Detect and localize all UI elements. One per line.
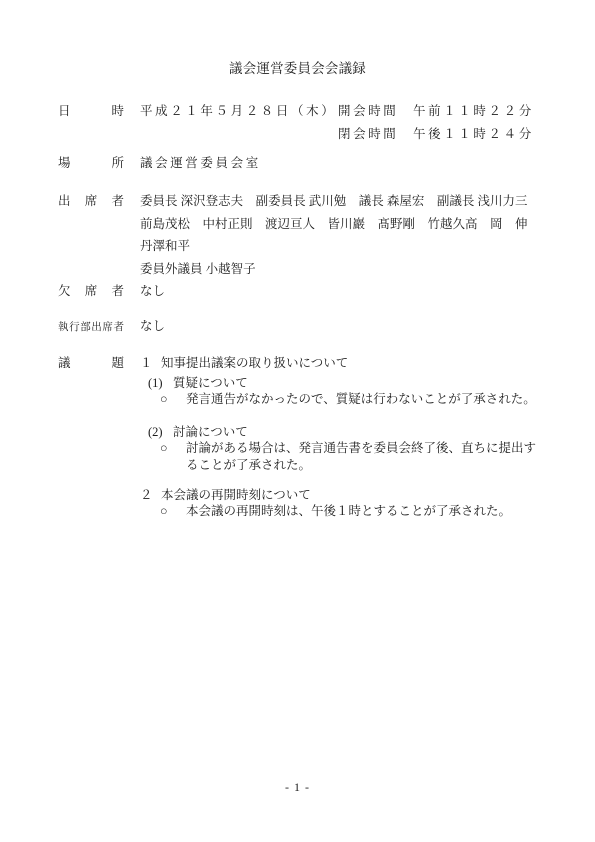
agenda-item-1: １ 知事提出議案の取り扱いについて: [140, 356, 348, 371]
field-label-agenda-char: 議: [58, 356, 71, 371]
resolution-text: 発言通告がなかったので、質疑は行わないことが了承された。: [186, 392, 536, 407]
agenda-item-2: ２ 本会議の再開時刻について: [140, 488, 311, 503]
subitem-1-resolution: ○ 発言通告がなかったので、質疑は行わないことが了承された。: [160, 392, 536, 407]
subitem-title: 質疑について: [173, 376, 248, 391]
datetime-value: 平成２１年５月２８日（木）: [140, 104, 336, 119]
field-label-absentees-char: 者: [111, 284, 124, 299]
attendees-line: 丹澤和平: [140, 239, 190, 254]
place-value: 議会運営委員会室: [140, 156, 261, 171]
document-page: 議会運営委員会会議録 日 時 平成２１年５月２８日（木） 開会時間 午前１１時２…: [0, 0, 595, 842]
field-label-datetime-char: 日: [58, 104, 71, 119]
field-label-attendees-char: 者: [111, 194, 124, 209]
page-number: - 1 -: [0, 780, 595, 794]
item-2-resolution: ○ 本会議の再開時刻は、午後１時とすることが了承された。: [160, 504, 511, 519]
field-label-place-char: 所: [111, 156, 124, 171]
resolution-text-continued: ることが了承された。: [186, 458, 311, 473]
agenda-subitem-1: (1) 質疑について: [148, 376, 248, 391]
open-time-label: 開会時間: [338, 104, 398, 119]
subitem-2-resolution: ○ 討論がある場合は、発言通告書を委員会終了後、直ちに提出す: [160, 441, 536, 456]
subitem-title: 討論について: [173, 425, 248, 440]
absentees-value: なし: [140, 284, 165, 299]
field-label-attendees-char: 出: [58, 194, 71, 209]
close-time-value: 午後１１時２４分: [413, 127, 534, 142]
circle-bullet-icon: ○: [160, 392, 186, 407]
agenda-item-title: 知事提出議案の取り扱いについて: [161, 356, 348, 371]
field-label-agenda: 議 題: [58, 356, 124, 371]
attendees-line: 委員外議員 小越智子: [140, 262, 256, 277]
field-label-datetime: 日 時: [58, 104, 124, 119]
resolution-text: 本会議の再開時刻は、午後１時とすることが了承された。: [186, 504, 511, 519]
circle-bullet-icon: ○: [160, 441, 186, 456]
field-label-absentees-char: 席: [85, 284, 98, 299]
field-label-absentees-char: 欠: [58, 284, 71, 299]
agenda-item-title: 本会議の再開時刻について: [161, 488, 311, 503]
field-label-datetime-char: 時: [111, 104, 124, 119]
agenda-subitem-2: (2) 討論について: [148, 425, 248, 440]
document-title: 議会運営委員会会議録: [0, 60, 595, 77]
agenda-item-number: ２: [140, 488, 161, 503]
executive-value: なし: [140, 319, 165, 334]
resolution-text: 討論がある場合は、発言通告書を委員会終了後、直ちに提出す: [186, 441, 536, 456]
field-label-executive: 執行部出席者: [58, 321, 126, 335]
field-label-attendees-char: 席: [85, 194, 98, 209]
close-time-label: 閉会時間: [338, 127, 398, 142]
open-time-value: 午前１１時２２分: [413, 104, 534, 119]
circle-bullet-icon: ○: [160, 504, 186, 519]
subitem-number: (1): [148, 376, 173, 391]
field-label-attendees: 出 席 者: [58, 194, 124, 209]
field-label-place-char: 場: [58, 156, 71, 171]
field-label-place: 場 所: [58, 156, 124, 171]
field-label-absentees: 欠 席 者: [58, 284, 124, 299]
agenda-item-number: １: [140, 356, 161, 371]
field-label-agenda-char: 題: [111, 356, 124, 371]
subitem-number: (2): [148, 425, 173, 440]
attendees-line: 委員長 深沢登志夫 副委員長 武川勉 議長 森屋宏 副議長 浅川力三: [140, 194, 528, 209]
attendees-line: 前島茂松 中村正則 渡辺亘人 皆川巖 髙野剛 竹越久高 岡 伸: [140, 217, 528, 232]
